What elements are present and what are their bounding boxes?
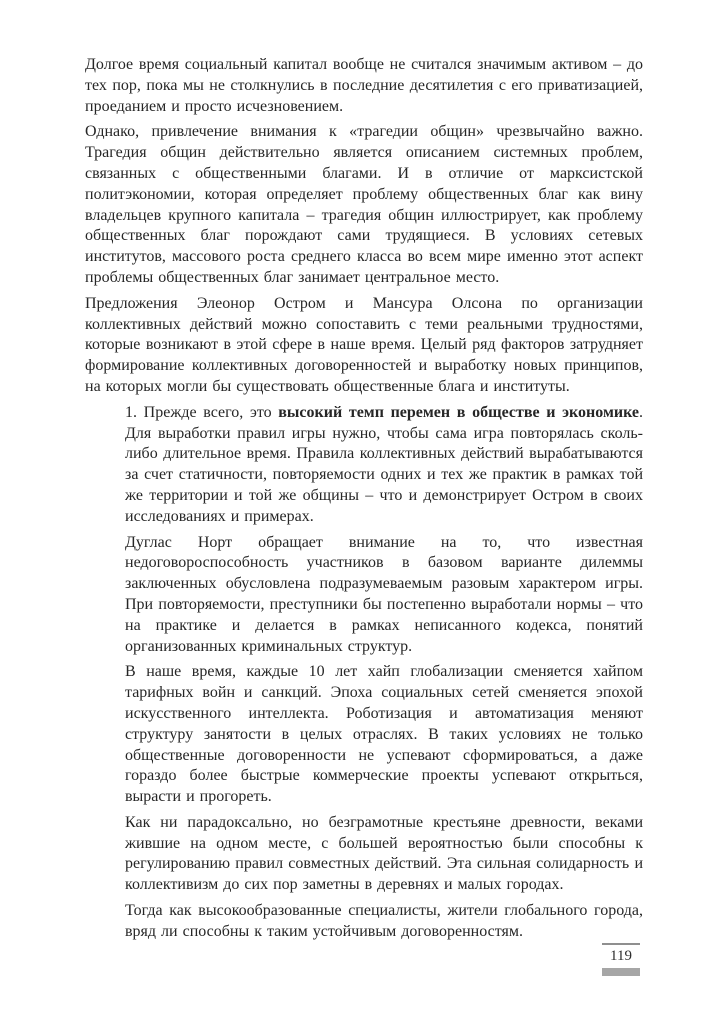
- page-content: Долгое время социальный капитал вообще н…: [85, 55, 643, 948]
- text-run: Дуглас Норт обращает внимание на то, что…: [125, 534, 643, 655]
- paragraph: Тогда как высокообразованные специалисты…: [125, 901, 643, 943]
- paragraph: В наше время, каждые 10 лет хайп глобали…: [125, 662, 643, 808]
- footer-rule: [602, 943, 640, 945]
- text-run: 1. Прежде всего, это: [125, 404, 278, 421]
- footer-bar: [602, 968, 640, 976]
- page-footer: 119: [602, 943, 640, 976]
- paragraph: Однако, привлечение внимания к «трагедии…: [85, 122, 643, 288]
- text-run: Однако, привлечение внимания к «трагедии…: [85, 123, 643, 286]
- paragraph: Как ни парадоксально, но безграмотные кр…: [125, 813, 643, 896]
- page-number: 119: [602, 948, 640, 965]
- text-run-bold: высокий темп перемен в обществе и эконом…: [278, 404, 639, 421]
- text-run: Долгое время социальный капитал вообще н…: [85, 56, 643, 115]
- text-run: Предложения Элеонор Остром и Мансура Олс…: [85, 295, 643, 395]
- text-run: Тогда как высокообразованные специалисты…: [125, 902, 643, 940]
- paragraph: 1. Прежде всего, это высокий темп переме…: [125, 403, 643, 528]
- text-run: В наше время, каждые 10 лет хайп глобали…: [125, 663, 643, 805]
- paragraph: Предложения Элеонор Остром и Мансура Олс…: [85, 294, 643, 398]
- text-run: . Для выработки правил игры нужно, чтобы…: [125, 404, 643, 525]
- paragraph: Долгое время социальный капитал вообще н…: [85, 55, 643, 117]
- text-run: Как ни парадоксально, но безграмотные кр…: [125, 814, 643, 893]
- paragraph: Дуглас Норт обращает внимание на то, что…: [125, 533, 643, 658]
